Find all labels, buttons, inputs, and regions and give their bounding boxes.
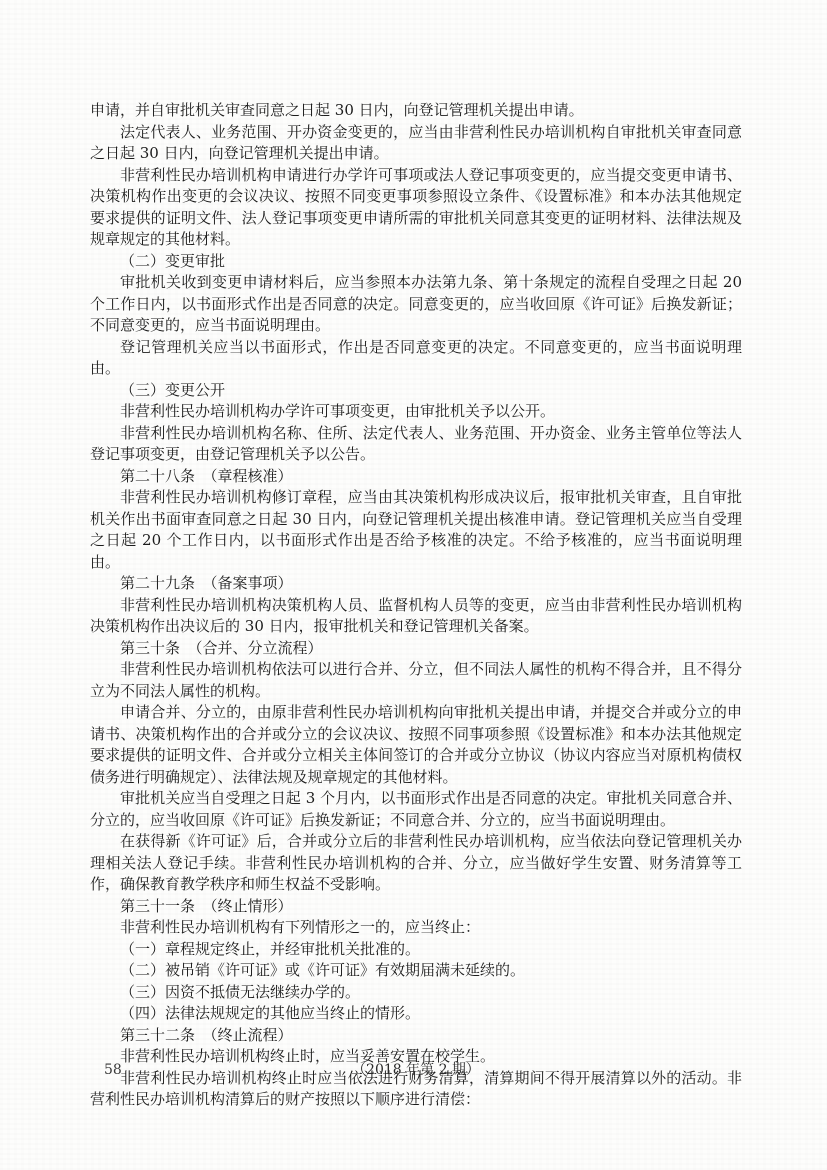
list-item: （二）被吊销《许可证》或《许可证》有效期届满未延续的。 xyxy=(90,960,742,982)
list-item: （三）因资不抵债无法继续办学的。 xyxy=(90,982,742,1004)
paragraph: 在获得新《许可证》后，合并或分立后的非营利性民办培训机构，应当依法向登记管理机关… xyxy=(90,831,742,896)
article-heading: 第二十九条 （备案事项） xyxy=(90,573,742,595)
paragraph: 非营利性民办培训机构修订章程，应当由其决策机构形成决议后，报审批机关审查，且自审… xyxy=(90,487,742,573)
paragraph: 登记管理机关应当以书面形式，作出是否同意变更的决定。不同意变更的，应当书面说明理… xyxy=(90,337,742,380)
issue-label: （2018 年第 2 期） xyxy=(90,1059,742,1081)
paragraph-continuation: 申请，并自审批机关审查同意之日起 30 日内，向登记管理机关提出申请。 xyxy=(90,100,742,122)
article-heading: 第三十条 （合并、分立流程） xyxy=(90,638,742,660)
paragraph: 申请合并、分立的，由原非营利性民办培训机构向审批机关提出申请，并提交合并或分立的… xyxy=(90,702,742,788)
paragraph: 非营利性民办培训机构名称、住所、法定代表人、业务范围、开办资金、业务主管单位等法… xyxy=(90,423,742,466)
article-heading: 第二十八条 （章程核准） xyxy=(90,466,742,488)
article-heading: 第三十二条 （终止流程） xyxy=(90,1025,742,1047)
paragraph: 非营利性民办培训机构有下列情形之一的，应当终止： xyxy=(90,917,742,939)
body-text: 申请，并自审批机关审查同意之日起 30 日内，向登记管理机关提出申请。 法定代表… xyxy=(90,100,742,1111)
section-heading: （二）变更审批 xyxy=(90,251,742,273)
paragraph: 非营利性民办培训机构依法可以进行合并、分立，但不同法人属性的机构不得合并，且不得… xyxy=(90,659,742,702)
list-item: （一）章程规定终止，并经审批机关批准的。 xyxy=(90,939,742,961)
paragraph: 非营利性民办培训机构办学许可事项变更，由审批机关予以公开。 xyxy=(90,401,742,423)
document-page: 申请，并自审批机关审查同意之日起 30 日内，向登记管理机关提出申请。 法定代表… xyxy=(0,0,827,1170)
list-item: （四）法律法规规定的其他应当终止的情形。 xyxy=(90,1003,742,1025)
paragraph: 法定代表人、业务范围、开办资金变更的，应当由非营利性民办培训机构自审批机关审查同… xyxy=(90,122,742,165)
paragraph: 审批机关收到变更申请材料后，应当参照本办法第九条、第十条规定的流程自受理之日起 … xyxy=(90,272,742,337)
article-heading: 第三十一条 （终止情形） xyxy=(90,896,742,918)
paragraph: 审批机关应当自受理之日起 3 个月内，以书面形式作出是否同意的决定。审批机关同意… xyxy=(90,788,742,831)
page-footer: 58 （2018 年第 2 期） xyxy=(90,1059,742,1081)
section-heading: （三）变更公开 xyxy=(90,380,742,402)
paragraph: 非营利性民办培训机构申请进行办学许可事项或法人登记事项变更的，应当提交变更申请书… xyxy=(90,165,742,251)
paragraph: 非营利性民办培训机构决策机构人员、监督机构人员等的变更，应当由非营利性民办培训机… xyxy=(90,595,742,638)
